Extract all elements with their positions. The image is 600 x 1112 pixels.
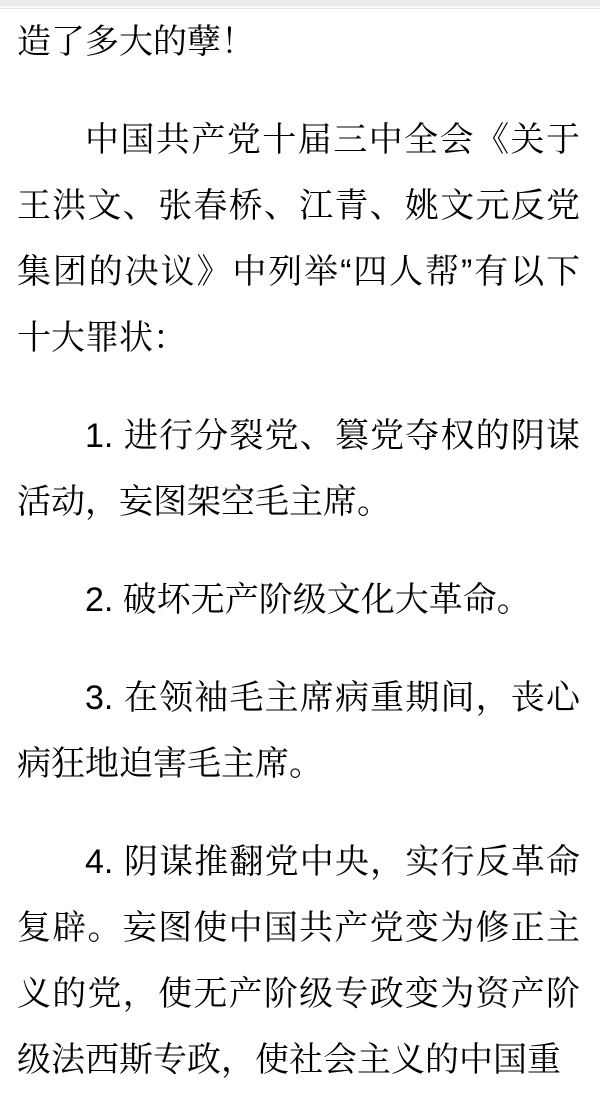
body-text: 造了多大的孽！ 中国共产党十届三中全会《关于王洪文、张春桥、江青、姚文元反党集团… — [0, 9, 600, 1093]
list-item-2: 2. 破坏无产阶级文化大革命。 — [17, 567, 580, 633]
list-item-1: 1. 进行分裂党、篡党夺权的阴谋活动，妄图架空毛主席。 — [17, 403, 580, 535]
reader-page[interactable]: 造了多大的孽！ 中国共产党十届三中全会《关于王洪文、张春桥、江青、姚文元反党集团… — [0, 0, 600, 1112]
paragraph-continuation: 造了多大的孽！ — [17, 9, 580, 75]
paragraph-intro: 中国共产党十届三中全会《关于王洪文、张春桥、江青、姚文元反党集团的决议》中列举“… — [17, 107, 580, 371]
page-top-divider — [0, 0, 600, 9]
list-item-3: 3. 在领袖毛主席病重期间，丧心病狂地迫害毛主席。 — [17, 665, 580, 797]
list-item-4: 4. 阴谋推翻党中央，实行反革命复辟。妄图使中国共产党变为修正主义的党，使无产阶… — [17, 829, 580, 1093]
